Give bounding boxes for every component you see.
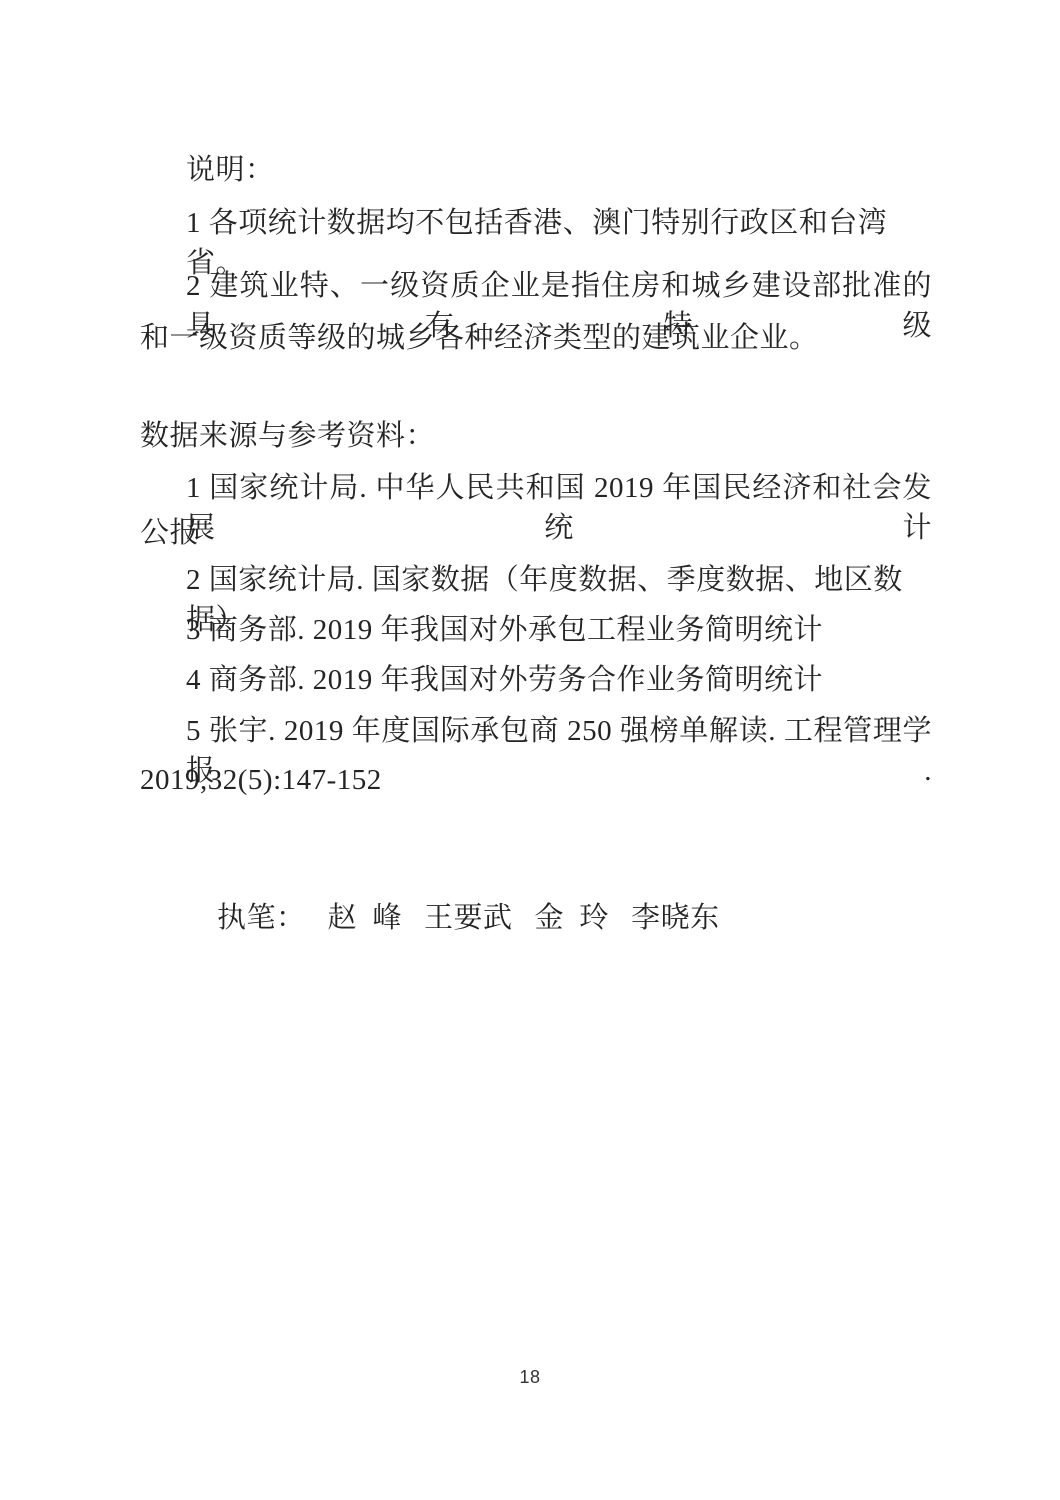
reference-3: 3 商务部. 2019 年我国对外承包工程业务简明统计 (140, 610, 932, 650)
author-name: 赵 峰 (328, 902, 403, 934)
authors-label: 执笔： (217, 902, 306, 934)
page-number: 18 (0, 1366, 1060, 1388)
reference-4: 4 商务部. 2019 年我国对外劳务合作业务简明统计 (140, 660, 932, 700)
author-name: 李晓东 (631, 902, 720, 934)
reference-5-line-2: 2019,32(5):147-152 (140, 760, 932, 800)
notes-heading: 说明： (140, 150, 932, 190)
reference-1-line-2: 公报 (140, 513, 932, 553)
note-2-line-2: 和一级资质等级的城乡各种经济类型的建筑业企业。 (140, 318, 932, 358)
sources-heading: 数据来源与参考资料： (140, 416, 932, 456)
authors-line: 执笔：赵 峰王要武金 玲李晓东 (140, 858, 932, 978)
document-page: 说明： 1 各项统计数据均不包括香港、澳门特别行政区和台湾省。 2 建筑业特、一… (0, 0, 1060, 1500)
author-name: 金 玲 (535, 902, 610, 934)
author-name: 王要武 (424, 902, 513, 934)
